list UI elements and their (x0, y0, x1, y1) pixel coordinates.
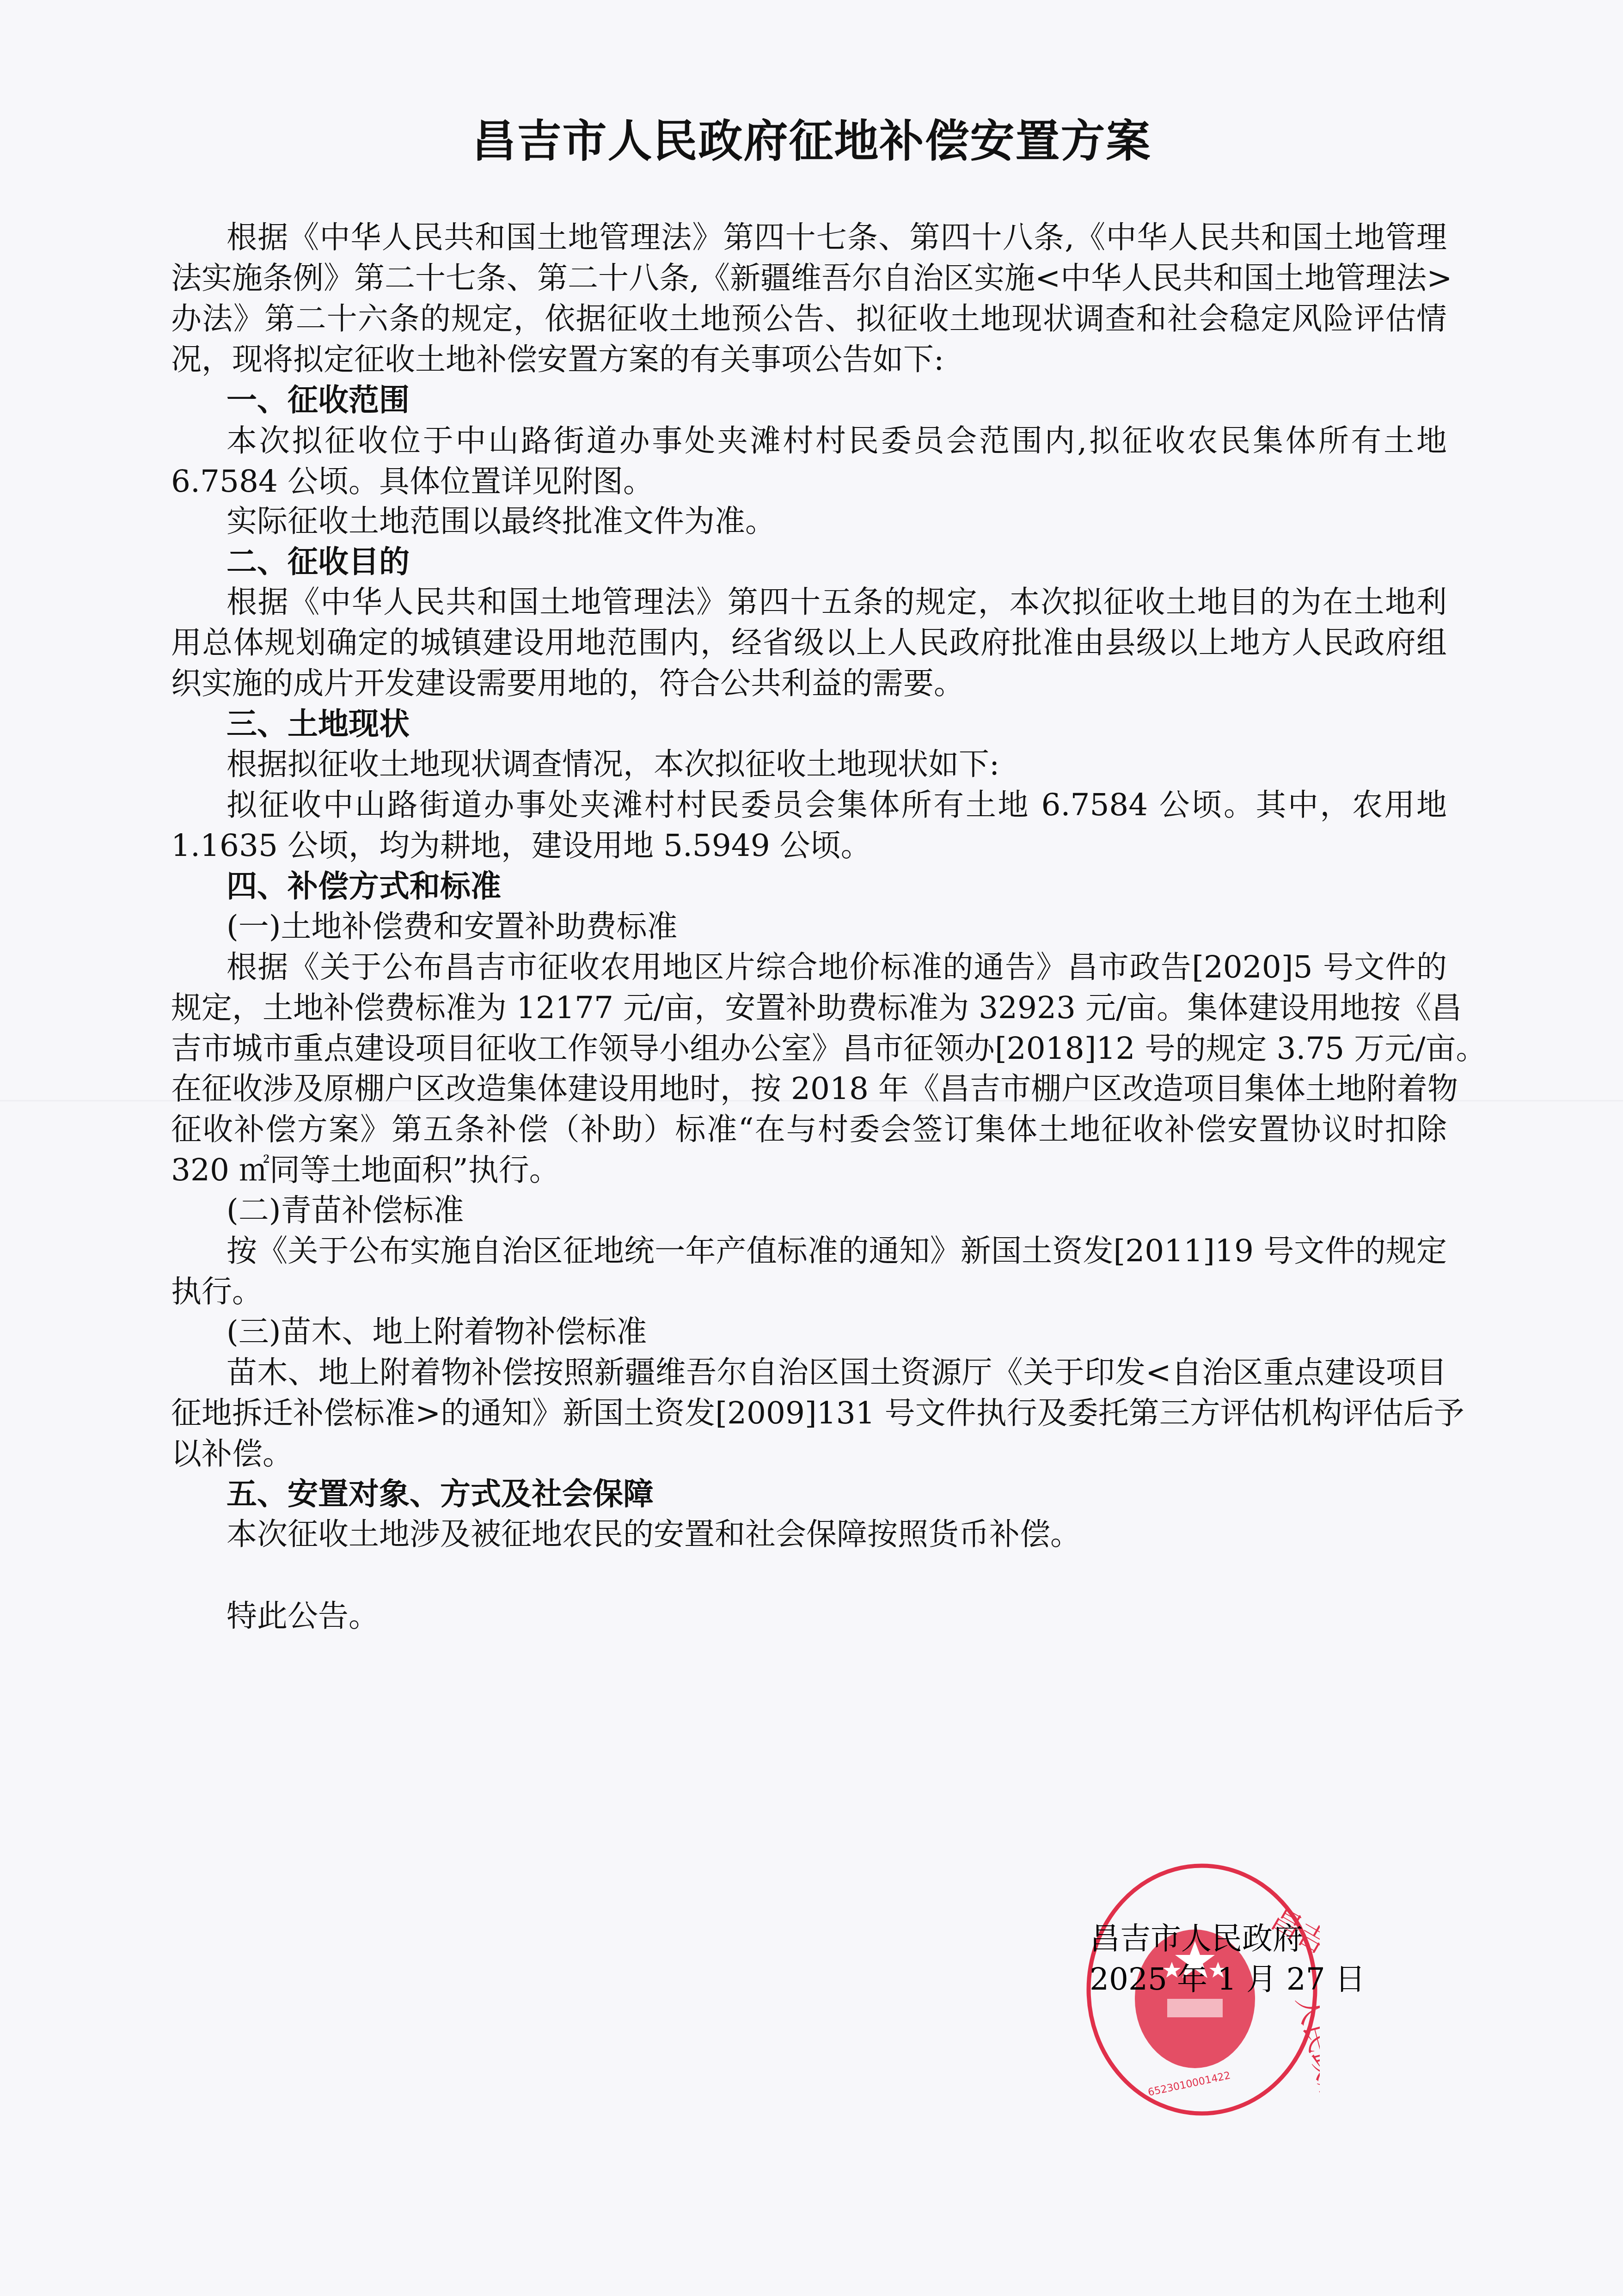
section-1-line-3: 实际征收土地范围以最终批准文件为准。 (227, 501, 1502, 542)
section-heading-5: 五、安置对象、方式及社会保障 (227, 1474, 1502, 1514)
subsection-heading-4-2: (二)青苗补偿标准 (227, 1190, 1502, 1231)
section-heading-1: 一、征收范围 (227, 380, 1502, 421)
svg-text:6523010001422: 6523010001422 (1147, 2070, 1231, 2099)
section-2-line-3: 织实施的成片开发建设需要用地的，符合公共利益的需要。 (171, 663, 1447, 704)
subsection-4-1-line-5: 征收补偿方案》第五条补偿（补助）标准“在与村委会签订集体土地征收补偿安置协议时扣… (171, 1109, 1447, 1150)
signature-issuer: 昌吉市人民政府 (1090, 1920, 1303, 1957)
closing-text: 特此公告。 (227, 1596, 1502, 1637)
intro-line-2: 法实施条例》第二十七条、第二十八条,《新疆维吾尔自治区实施<中华人民共和国土地管… (171, 258, 1447, 299)
subsection-4-2-line-1: 按《关于公布实施自治区征地统一年产值标准的通知》新国土资发[2011]19 号文… (227, 1231, 1447, 1271)
subsection-heading-4-1: (一)土地补偿费和安置补助费标准 (227, 906, 1502, 947)
section-heading-3: 三、土地现状 (227, 704, 1502, 745)
intro-line-3: 办法》第二十六条的规定，依据征收土地预公告、拟征收土地现状调查和社会稳定风险评估… (171, 299, 1447, 339)
subsection-4-1-line-4: 在征收涉及原棚户区改造集体建设用地时，按 2018 年《昌吉市棚户区改造项目集体… (171, 1069, 1447, 1109)
subsection-4-1-line-3: 吉市城市重点建设项目征收工作领导小组办公室》昌市征领办[2018]12 号的规定… (171, 1028, 1447, 1069)
subsection-4-3-line-2: 征地拆迁补偿标准>的通知》新国土资发[2009]131 号文件执行及委托第三方评… (171, 1393, 1447, 1434)
subsection-4-1-line-2: 规定，土地补偿费标准为 12177 元/亩，安置补助费标准为 32923 元/亩… (171, 988, 1447, 1028)
subsection-4-1-line-1: 根据《关于公布昌吉市征收农用地区片综合地价标准的通告》昌市政告[2020]5 号… (227, 947, 1447, 988)
signature-date: 2025 年 1 月 27 日 (1090, 1961, 1366, 1998)
svg-text:人民政府: 人民政府 (1290, 1992, 1320, 2111)
intro-line-4: 况，现将拟定征收土地补偿安置方案的有关事项公告如下: (171, 339, 1447, 380)
document-title: 昌吉市人民政府征地补偿安置方案 (0, 113, 1623, 169)
section-3-line-1: 根据拟征收土地现状调查情况，本次拟征收土地现状如下: (227, 744, 1502, 785)
section-5-line-1: 本次征收土地涉及被征地农民的安置和社会保障按照货币补偿。 (227, 1514, 1502, 1555)
intro-line-1: 根据《中华人民共和国土地管理法》第四十七条、第四十八条,《中华人民共和国土地管理 (227, 217, 1447, 258)
subsection-4-3-line-3: 以补偿。 (171, 1434, 1447, 1474)
section-3-line-3: 1.1635 公顷，均为耕地，建设用地 5.5949 公顷。 (171, 825, 1447, 866)
section-1-line-2: 6.7584 公顷。具体位置详见附图。 (171, 461, 1447, 502)
subsection-4-1-line-6: 320 ㎡同等土地面积”执行。 (171, 1150, 1447, 1191)
section-3-line-2: 拟征收中山路街道办事处夹滩村村民委员会集体所有土地 6.7584 公顷。其中，农… (227, 785, 1447, 825)
subsection-4-2-line-2: 执行。 (171, 1271, 1447, 1312)
subsection-4-3-line-1: 苗木、地上附着物补偿按照新疆维吾尔自治区国土资源厅《关于印发<自治区重点建设项目 (227, 1352, 1447, 1393)
section-heading-2: 二、征收目的 (227, 542, 1502, 582)
section-2-line-1: 根据《中华人民共和国土地管理法》第四十五条的规定，本次拟征收土地目的为在土地利 (227, 582, 1447, 623)
section-heading-4: 四、补偿方式和标准 (227, 866, 1502, 907)
section-2-line-2: 用总体规划确定的城镇建设用地范围内，经省级以上人民政府批准由县级以上地方人民政府… (171, 623, 1447, 663)
subsection-heading-4-3: (三)苗木、地上附着物补偿标准 (227, 1312, 1502, 1352)
section-1-line-1: 本次拟征收位于中山路街道办事处夹滩村村民委员会范围内,拟征收农民集体所有土地 (227, 421, 1447, 461)
